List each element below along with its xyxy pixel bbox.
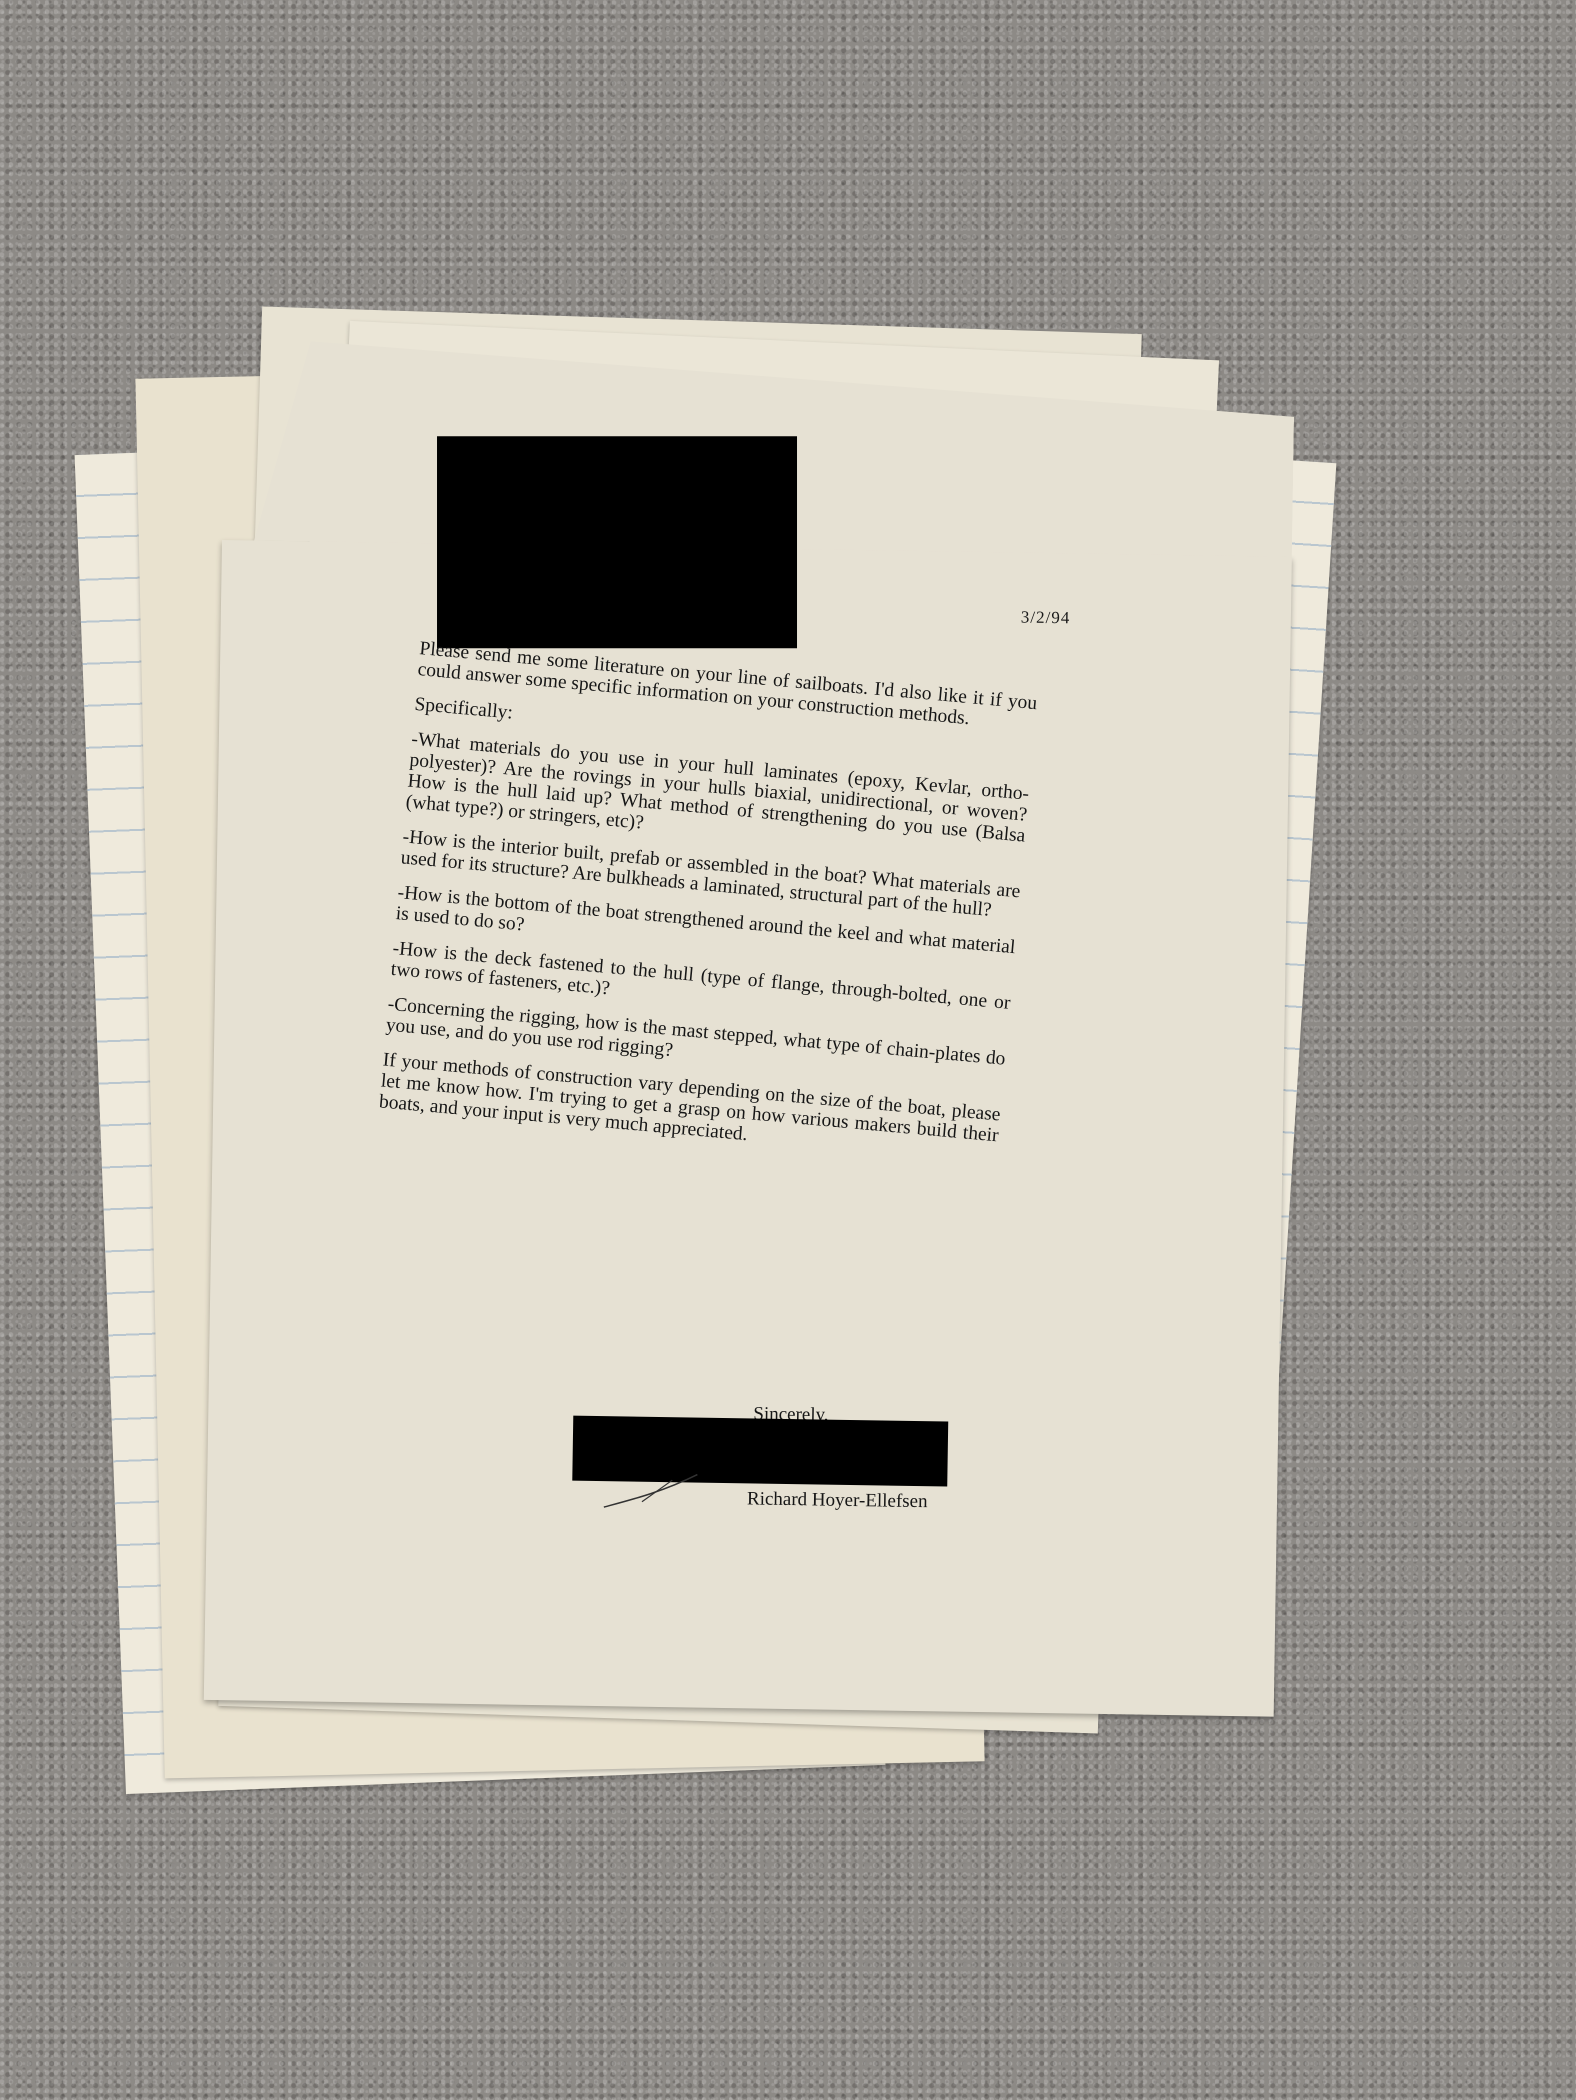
header-redaction-block bbox=[437, 436, 797, 648]
letter-body: Please send me some literature on your l… bbox=[377, 638, 1038, 1181]
letter-date: 3/2/94 bbox=[1021, 608, 1071, 629]
signature-name: Richard Hoyer-Ellefsen bbox=[747, 1488, 928, 1513]
photo-scene: 3/2/94 Please send me some literature on… bbox=[0, 0, 1576, 2100]
signature-scribble-icon bbox=[602, 1471, 703, 1513]
letter-page: 3/2/94 Please send me some literature on… bbox=[204, 540, 1292, 1717]
